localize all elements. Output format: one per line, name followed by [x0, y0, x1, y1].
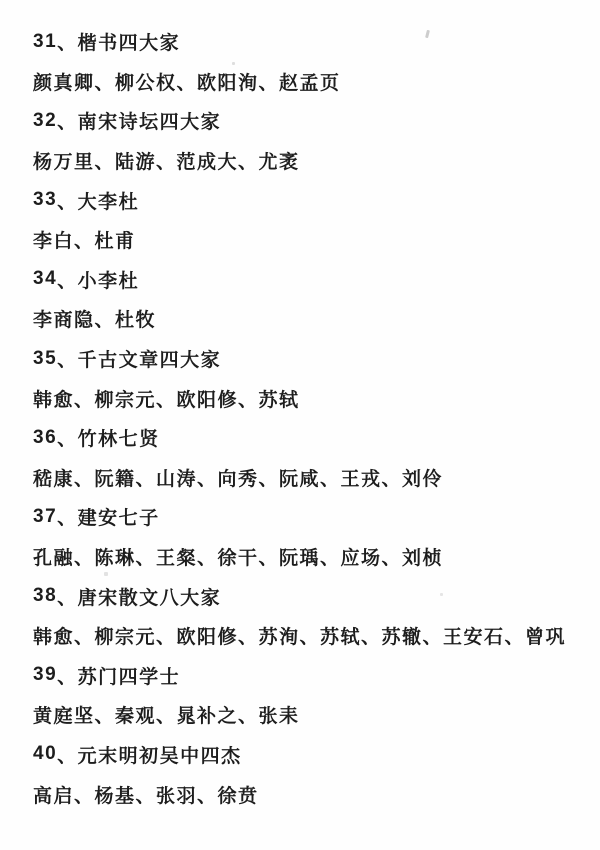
enum-separator: 、 — [57, 424, 78, 451]
entry-36-names: 嵇康、阮籍、山涛、向秀、阮咸、王戎、刘伶 — [33, 458, 590, 498]
entry-title: 南宋诗坛四大家 — [78, 107, 222, 134]
entry-title: 楷书四大家 — [78, 28, 181, 55]
entry-35-heading: 35、千古文章四大家 — [33, 339, 590, 379]
entry-37-heading: 37、建安七子 — [33, 497, 590, 537]
enum-separator: 、 — [57, 107, 78, 134]
enum-separator: 、 — [57, 345, 78, 372]
entry-number: 40 — [33, 743, 57, 765]
entry-title: 小李杜 — [78, 266, 140, 293]
entry-37-names: 孔融、陈琳、王粲、徐干、阮瑀、应场、刘桢 — [33, 537, 590, 577]
entry-title: 苏门四学士 — [78, 662, 181, 689]
list-content: 31、楷书四大家 颜真卿、柳公权、欧阳洵、赵孟页 32、南宋诗坛四大家 杨万里、… — [33, 22, 590, 814]
enum-separator: 、 — [57, 583, 78, 610]
entry-39-names: 黄庭坚、秦观、晁补之、张耒 — [33, 695, 590, 735]
entry-34-names: 李商隐、杜牧 — [33, 299, 590, 339]
entry-31-names: 颜真卿、柳公权、欧阳洵、赵孟页 — [33, 62, 590, 102]
entry-39-heading: 39、苏门四学士 — [33, 656, 590, 696]
entry-33-names: 李白、杜甫 — [33, 220, 590, 260]
enum-separator: 、 — [57, 266, 78, 293]
enum-separator: 、 — [57, 28, 78, 55]
entry-35-names: 韩愈、柳宗元、欧阳修、苏轼 — [33, 378, 590, 418]
entry-number: 31 — [33, 31, 57, 53]
entry-number: 38 — [33, 585, 57, 607]
entry-32-heading: 32、南宋诗坛四大家 — [33, 101, 590, 141]
entry-38-heading: 38、唐宋散文八大家 — [33, 576, 590, 616]
entry-32-names: 杨万里、陆游、范成大、尤袤 — [33, 141, 590, 181]
enum-separator: 、 — [57, 187, 78, 214]
enum-separator: 、 — [57, 662, 78, 689]
entry-number: 34 — [33, 268, 57, 290]
entry-40-names: 高启、杨基、张羽、徐贲 — [33, 774, 590, 814]
entry-number: 33 — [33, 189, 57, 211]
entry-34-heading: 34、小李杜 — [33, 260, 590, 300]
entry-40-heading: 40、元末明初吴中四杰 — [33, 735, 590, 775]
entry-38-names: 韩愈、柳宗元、欧阳修、苏洵、苏轼、苏辙、王安石、曾巩 — [33, 616, 590, 656]
entry-number: 36 — [33, 427, 57, 449]
entry-33-heading: 33、大李杜 — [33, 180, 590, 220]
entry-title: 千古文章四大家 — [78, 345, 222, 372]
entry-title: 建安七子 — [78, 503, 160, 530]
entry-title: 唐宋散文八大家 — [78, 583, 222, 610]
entry-number: 37 — [33, 506, 57, 528]
entry-number: 32 — [33, 110, 57, 132]
entry-title: 竹林七贤 — [78, 424, 160, 451]
entry-31-heading: 31、楷书四大家 — [33, 22, 590, 62]
enum-separator: 、 — [57, 741, 78, 768]
entry-title: 大李杜 — [78, 187, 140, 214]
entry-title: 元末明初吴中四杰 — [78, 741, 242, 768]
entry-36-heading: 36、竹林七贤 — [33, 418, 590, 458]
entry-number: 35 — [33, 348, 57, 370]
enum-separator: 、 — [57, 503, 78, 530]
entry-number: 39 — [33, 664, 57, 686]
scanned-document-page: 31、楷书四大家 颜真卿、柳公权、欧阳洵、赵孟页 32、南宋诗坛四大家 杨万里、… — [0, 0, 600, 850]
